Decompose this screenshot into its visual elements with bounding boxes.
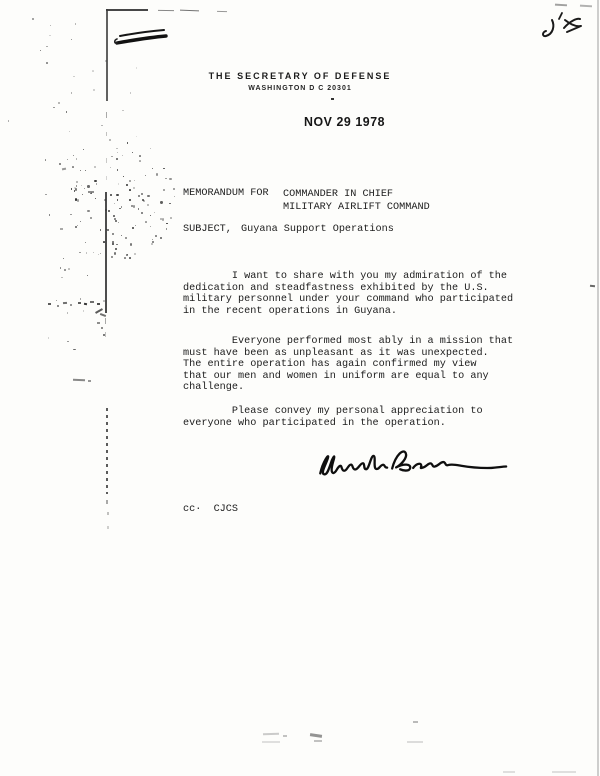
scanned-memo-page: THE SECRETARY OF DEFENSE WASHINGTON D C … — [0, 0, 600, 776]
signature-harold-brown — [316, 443, 509, 480]
cc-line: cc· CJCS — [183, 504, 238, 516]
subject-text: Guyana Support Operations — [241, 224, 394, 236]
body-paragraph-3: Please convey my personal appreciation t… — [183, 406, 483, 429]
letterhead-org: THE SECRETARY OF DEFENSE — [0, 71, 600, 81]
pen-squiggle-mark — [112, 24, 174, 48]
memo-addressee: COMMANDER IN CHIEF MILITARY AIRLIFT COMM… — [283, 188, 430, 214]
body-paragraph-2: Everyone performed most ably in a missio… — [183, 336, 513, 394]
body-paragraph-1: I want to share with you my admiration o… — [183, 271, 513, 317]
letterhead-address: WASHINGTON D C 20301 — [0, 85, 600, 92]
pen-annotation-mark — [536, 6, 588, 44]
scan-page-edge — [597, 0, 599, 776]
scan-fold-line-dashed — [106, 408, 108, 494]
subject-label: SUBJECT, — [183, 224, 232, 236]
letterhead-dot — [331, 98, 334, 100]
memorandum-for-label: MEMORANDUM FOR — [183, 188, 269, 200]
date-stamp: NOV 29 1978 — [304, 114, 385, 129]
